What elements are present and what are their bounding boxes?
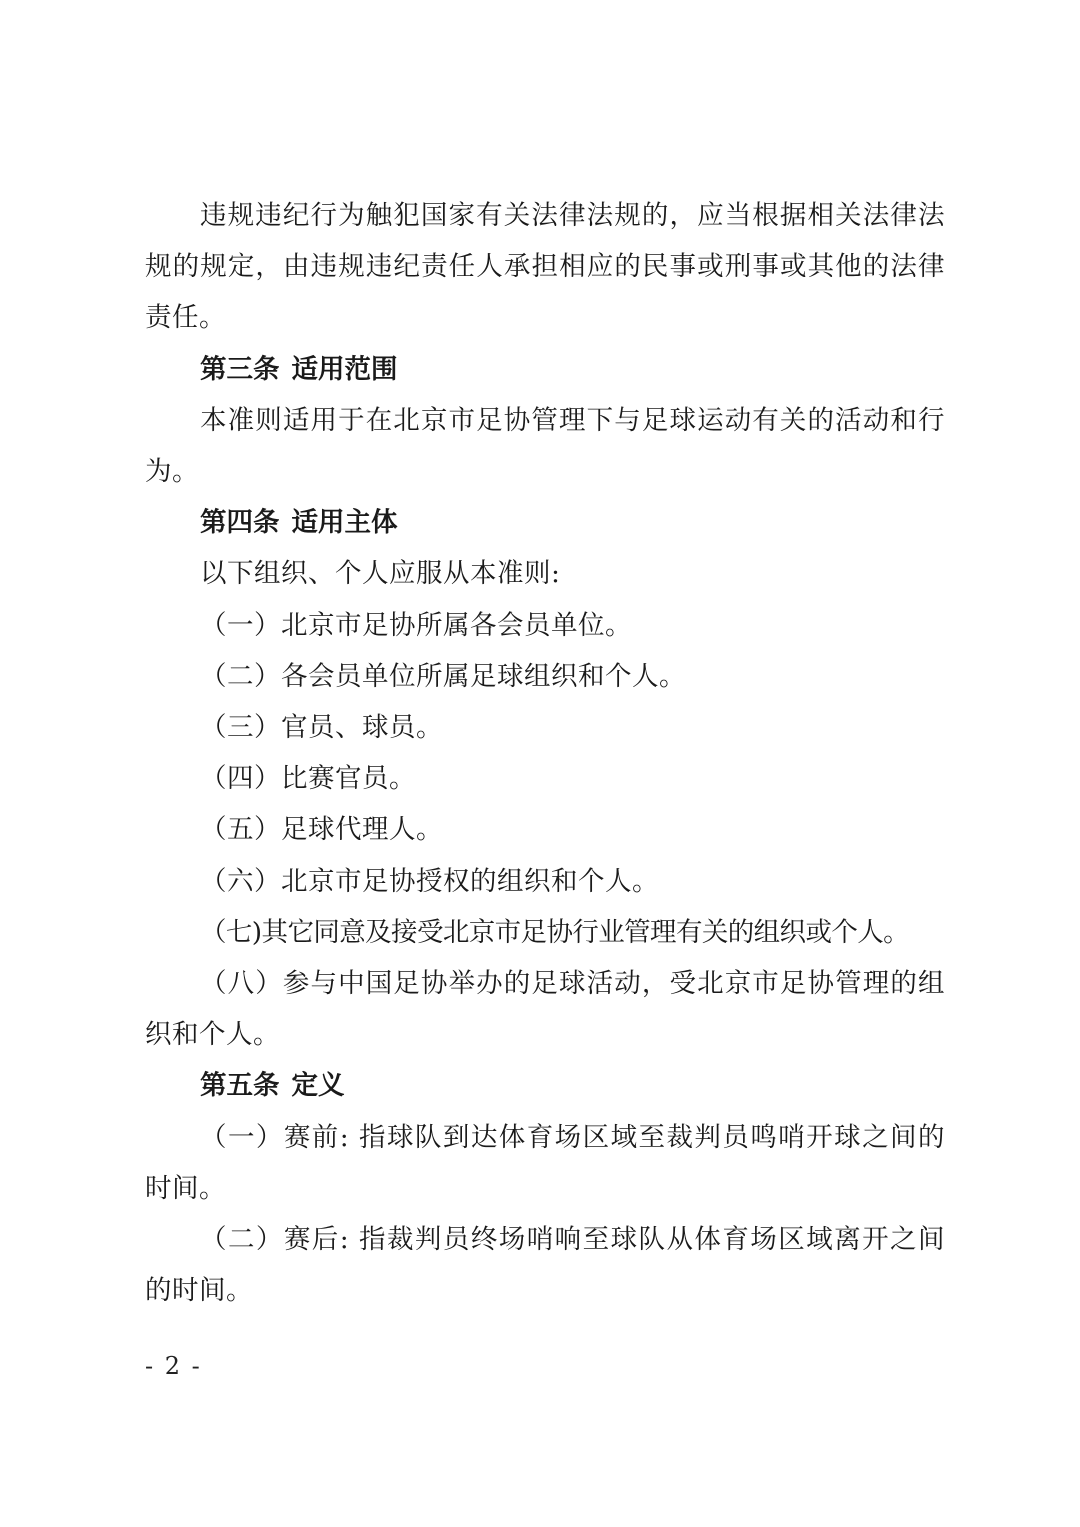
paragraph-scope: 本准则适用于在北京市足协管理下与足球运动有关的活动和行为。 [145,395,945,497]
list-item: （七)其它同意及接受北京市足协行业管理有关的组织或个人。 [145,907,945,958]
list-item: （八）参与中国足协举办的足球活动，受北京市足协管理的组织和个人。 [145,958,945,1060]
heading-article-5: 第五条定义 [145,1060,945,1111]
article-number: 第三条 [200,354,280,385]
list-item: （四）比赛官员。 [145,753,945,804]
list-item: （三）官员、球员。 [145,702,945,753]
list-item: （六）北京市足协授权的组织和个人。 [145,856,945,907]
paragraph-subjects-intro: 以下组织、个人应服从本准则: [145,548,945,599]
definition-pre-match: （一）赛前: 指球队到达体育场区域至裁判员鸣哨开球之间的时间。 [145,1112,945,1214]
heading-article-3: 第三条适用范围 [145,344,945,395]
document-page: 违规违纪行为触犯国家有关法律法规的，应当根据相关法律法规的规定，由违规违纪责任人… [145,190,945,1316]
paragraph-legal-liability: 违规违纪行为触犯国家有关法律法规的，应当根据相关法律法规的规定，由违规违纪责任人… [145,190,945,344]
page-number: - 2 - [145,1352,202,1380]
article-title: 适用范围 [292,354,398,385]
article-title: 定义 [292,1070,345,1101]
article-number: 第五条 [200,1070,280,1101]
heading-article-4: 第四条适用主体 [145,497,945,548]
definition-post-match: （二）赛后: 指裁判员终场哨响至球队从体育场区域离开之间的时间。 [145,1214,945,1316]
article-number: 第四条 [200,507,280,538]
list-item: （二）各会员单位所属足球组织和个人。 [145,651,945,702]
article-title: 适用主体 [292,507,398,538]
list-item: （五）足球代理人。 [145,804,945,855]
list-item: （一）北京市足协所属各会员单位。 [145,600,945,651]
